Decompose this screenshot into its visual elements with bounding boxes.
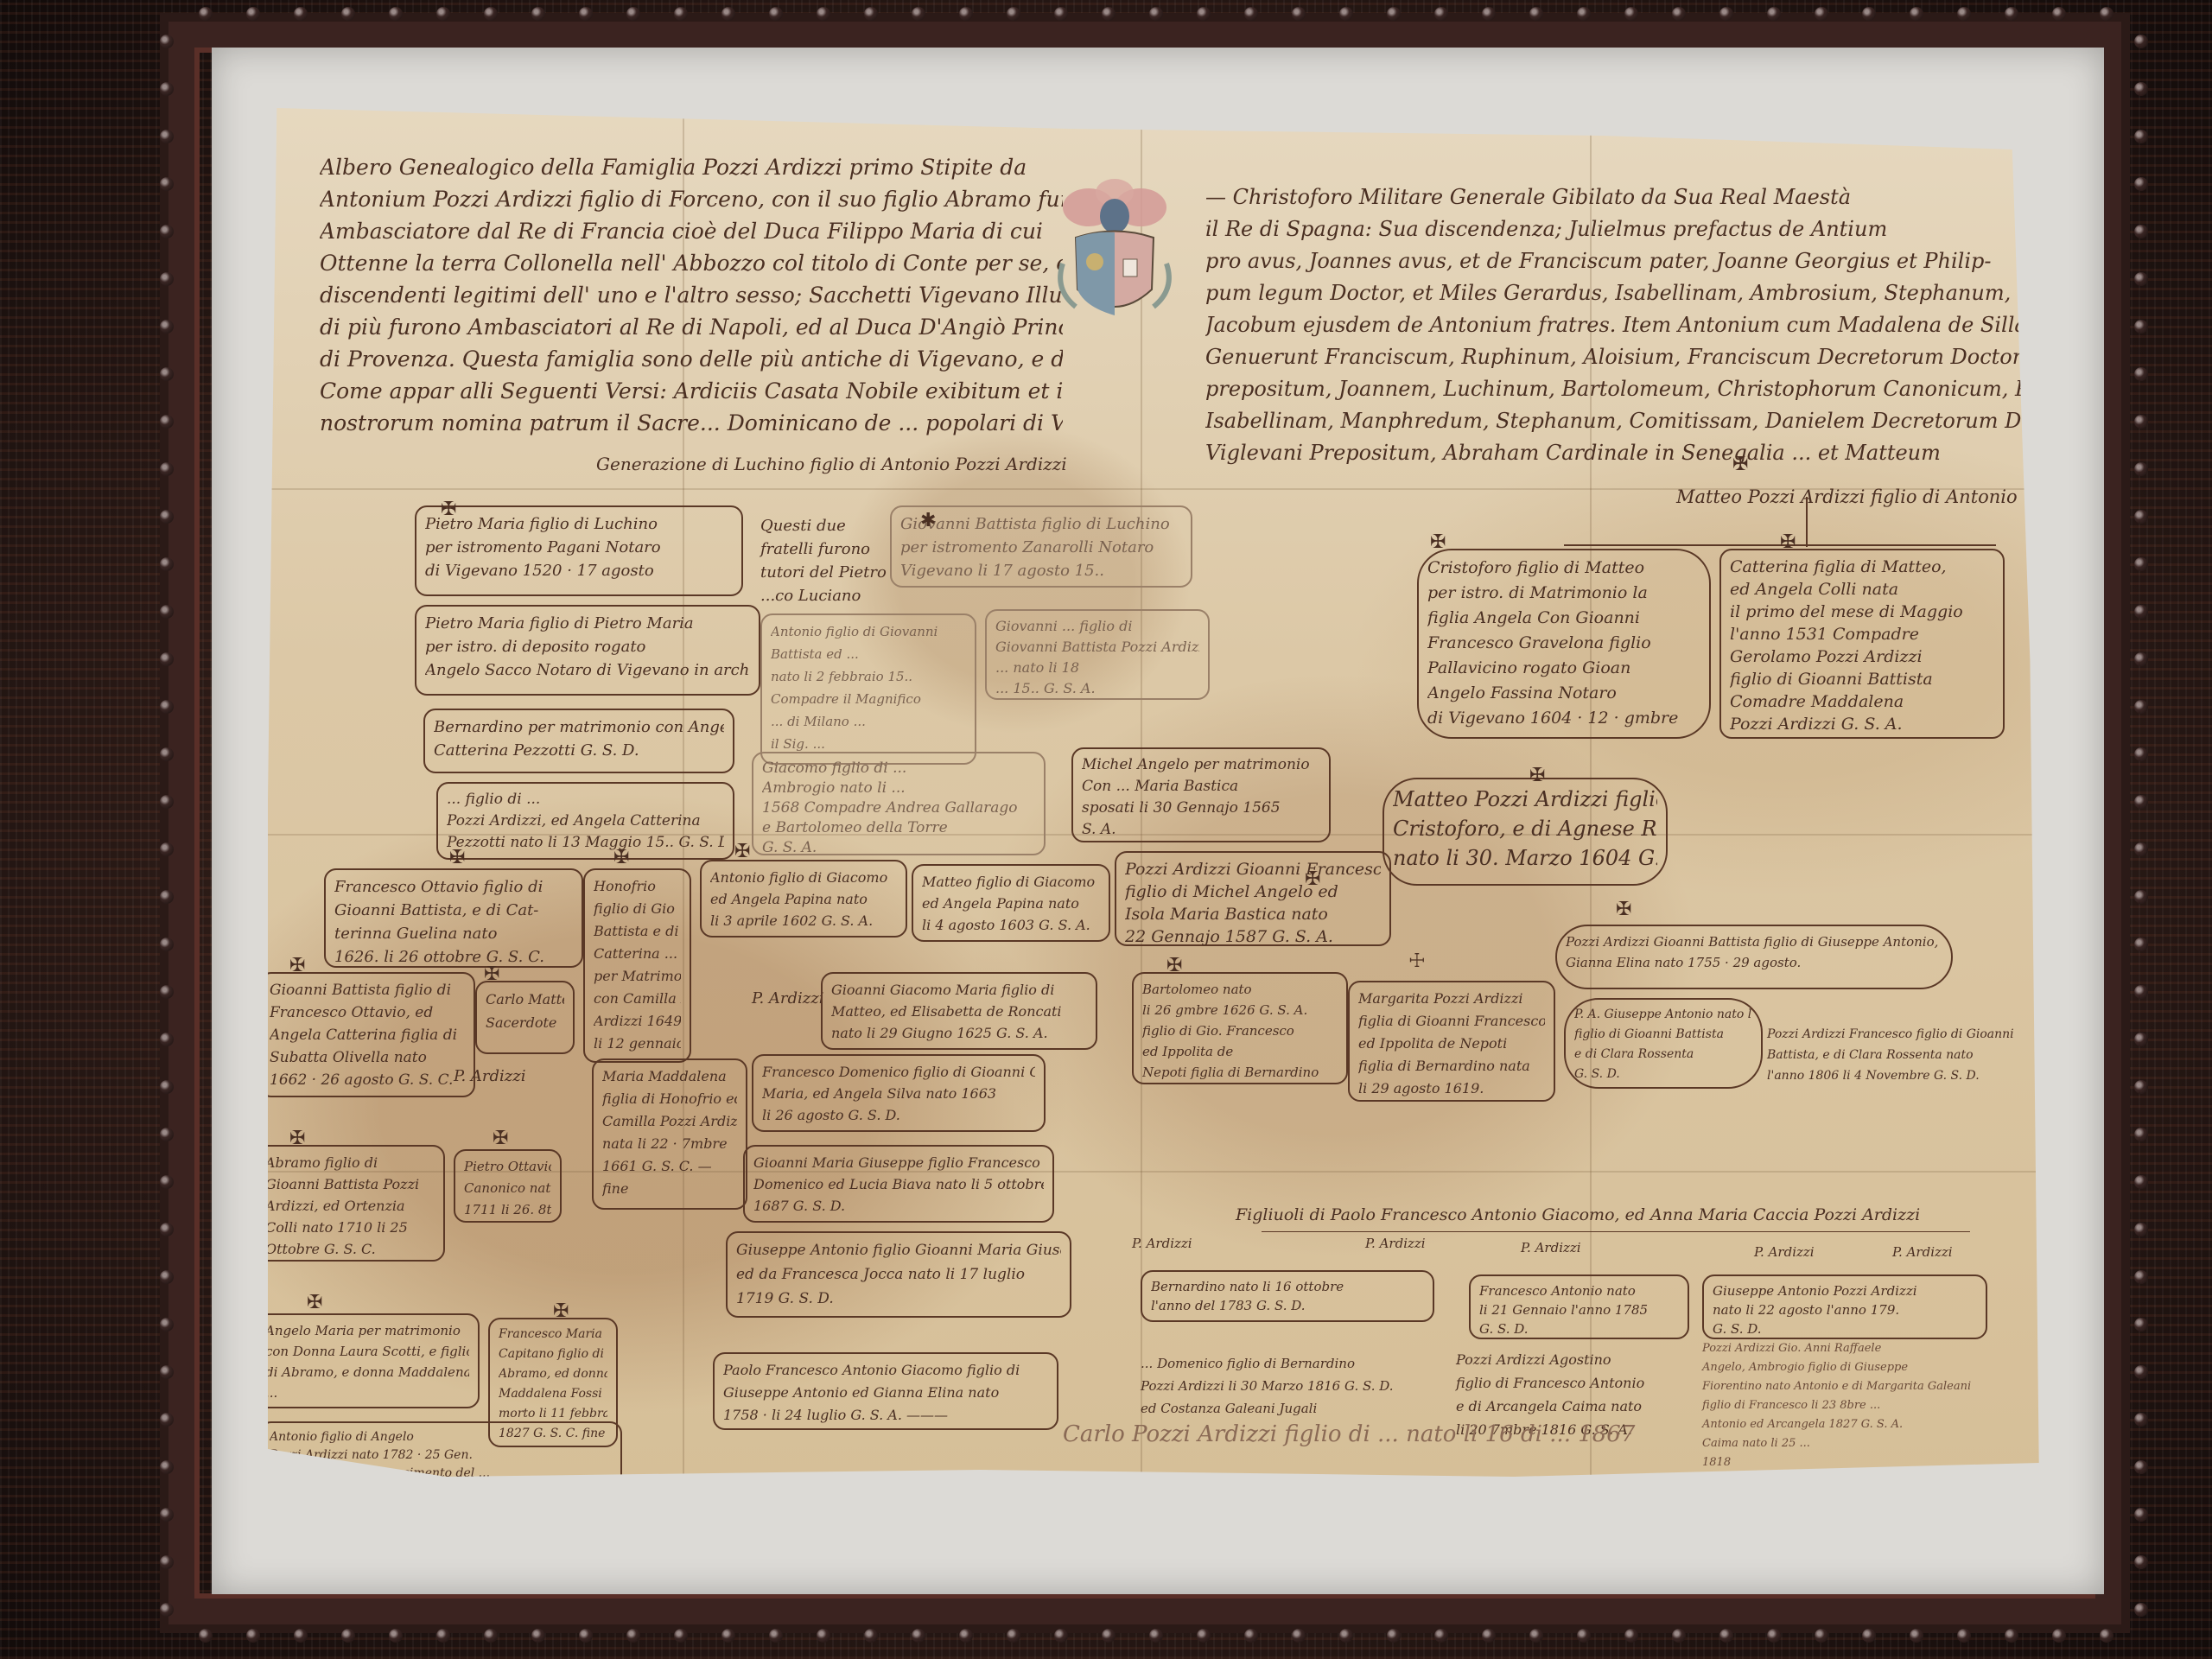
bead-ornament [1054, 1629, 1068, 1643]
bead-ornament [160, 985, 174, 999]
bead-ornament [246, 1629, 260, 1643]
cross-icon: ✠ [493, 1128, 508, 1149]
bead-ornament [389, 1629, 403, 1643]
p-ardizzi-label: P. Ardizzi [1132, 1236, 1192, 1251]
bead-ornament [1482, 7, 1496, 21]
bead-ornament [1910, 7, 1923, 21]
bead-ornament [817, 1629, 830, 1643]
header-line: Viglevani Prepositum, Abraham Cardinale … [1205, 437, 2035, 469]
bead-ornament [1482, 1629, 1496, 1643]
bead-ornament [531, 7, 545, 21]
bead-ornament [2134, 1318, 2148, 1332]
bead-ornament [674, 7, 688, 21]
bead-ornament [1767, 7, 1781, 21]
bead-ornament [160, 890, 174, 904]
tree-node-bernardino: Bernardino per matrimonio con AngelaCatt… [423, 709, 734, 773]
bead-ornament [1434, 1629, 1448, 1643]
bead-ornament [2134, 652, 2148, 666]
bead-ornament [1529, 7, 1543, 21]
bead-ornament [1719, 1629, 1733, 1643]
bead-ornament [2005, 1629, 2018, 1643]
tree-connector [1262, 1231, 1970, 1232]
tree-node-cristoforo: Cristoforo figlio di Matteoper istro. di… [1417, 549, 1711, 739]
cross-icon: ✠ [441, 499, 456, 520]
coat-of-arms-icon [1050, 177, 1179, 324]
bead-ornament [160, 82, 174, 96]
p-ardizzi-label: P. Ardizzi [1892, 1244, 1953, 1260]
bead-ornament [959, 7, 973, 21]
tree-node-antonio-1602: Antonio figlio di Giacomoed Angela Papin… [700, 860, 907, 938]
bead-ornament [2134, 272, 2148, 286]
bead-ornament [1292, 1629, 1306, 1643]
cross-icon: ✠ [289, 955, 305, 976]
bead-ornament [1434, 7, 1448, 21]
header-line: — Christoforo Militare Generale Gibilato… [1205, 181, 2035, 213]
bead-ornament [160, 367, 174, 381]
bead-ornament [160, 177, 174, 191]
bead-ornament [160, 225, 174, 238]
tree-node-carlo-matteo: Carlo MatteoSacerdote [475, 981, 575, 1054]
bead-ornament [160, 1318, 174, 1332]
bead-ornament [1149, 1629, 1163, 1643]
bead-ornament [2134, 1460, 2148, 1474]
header-line: pro avus, Joannes avus, et de Franciscum… [1205, 245, 2035, 277]
bead-ornament [160, 605, 174, 619]
bead-ornament [160, 1080, 174, 1094]
bead-ornament [160, 1555, 174, 1569]
cross-icon: ✠ [1305, 868, 1320, 890]
tree-node-paolo-francesco: Paolo Francesco Antonio Giacomo figlio d… [713, 1352, 1058, 1430]
header-line: Come appar alli Seguenti Versi: Ardiciis… [320, 375, 1063, 407]
header-line: Jacobum ejusdem de Antonium fratres. Ite… [1205, 309, 2035, 341]
cross-icon: ✠ [1780, 531, 1796, 553]
bead-ornament [160, 1413, 174, 1427]
bead-ornament [959, 1629, 973, 1643]
tree-connector [1806, 497, 1808, 547]
p-ardizzi-label: P. Ardizzi [1754, 1244, 1815, 1260]
header-line: di più furono Ambasciatori al Re di Napo… [320, 311, 1063, 343]
bead-ornament [2134, 320, 2148, 334]
bead-ornament [199, 7, 213, 21]
tree-node-giuseppe-antonio-1719: Giuseppe Antonio figlio Gioanni Maria Gi… [726, 1231, 1071, 1318]
bead-ornament [1767, 1629, 1781, 1643]
bead-ornament [2134, 700, 2148, 714]
bead-ornament [160, 462, 174, 476]
bead-ornament [1387, 7, 1401, 21]
header-line: Antonium Pozzi Ardizzi figlio di Forceno… [320, 183, 1063, 215]
bead-ornament [579, 7, 593, 21]
bead-ornament [2134, 1413, 2148, 1427]
tree-note-questi-due: Questi duefratelli furonotutori del Piet… [760, 514, 887, 607]
bead-ornament [2100, 1629, 2113, 1643]
bead-ornament [160, 510, 174, 524]
bead-ornament [2134, 1555, 2148, 1569]
bead-ornament [160, 652, 174, 666]
bead-ornament [484, 1629, 498, 1643]
bead-ornament [1292, 7, 1306, 21]
bead-ornament [160, 35, 174, 48]
tree-node-domenico: ... Domenico figlio di BernardinoPozzi A… [1141, 1352, 1394, 1420]
generation-heading: Generazione di Luchino figlio di Antonio… [596, 454, 1067, 474]
bead-ornament [160, 1460, 174, 1474]
bead-ornament [160, 1223, 174, 1236]
bead-ornament [2100, 7, 2113, 21]
tree-node-bartolomeo: Bartolomeo natoli 26 gmbre 1626 G. S. A.… [1132, 972, 1348, 1084]
header-line: pum legum Doctor, et Miles Gerardus, Isa… [1205, 277, 2035, 309]
bead-ornament [2134, 795, 2148, 809]
tree-node-onofrio: Honofriofiglio di GioBattista e diCatter… [583, 868, 691, 1063]
bead-ornament [160, 1270, 174, 1284]
tree-node-pietro-maria-1: Pietro Maria figlio di Luchinoper istrom… [415, 505, 743, 596]
bead-ornament [199, 1629, 213, 1643]
bead-ornament [160, 1603, 174, 1617]
bead-ornament [2134, 557, 2148, 571]
bead-ornament [2134, 1033, 2148, 1046]
tree-node-matteo-1604: Matteo Pozzi Ardizzi figlio diCristoforo… [1382, 778, 1668, 886]
cross-icon: ✠ [553, 1300, 569, 1322]
header-left-text: Albero Genealogico della Famiglia Pozzi … [320, 151, 1063, 439]
bead-ornament [1624, 7, 1638, 21]
bead-ornament [817, 7, 830, 21]
bead-ornament [579, 1629, 593, 1643]
cross-icon: ✠ [1529, 765, 1545, 786]
bead-ornament [2134, 1223, 2148, 1236]
cross-icon: ✠ [289, 1128, 305, 1149]
tree-node-gioanni-francesco: Pozzi Ardizzi Gioanni Francescofiglio di… [1115, 851, 1391, 946]
cross-icon: ✠ [734, 841, 750, 862]
bead-ornament [626, 1629, 640, 1643]
tree-node-maria-maddalena: Maria Maddalenafiglia di Honofrio edCami… [592, 1058, 747, 1210]
bead-ornament [2134, 510, 2148, 524]
bead-ornament [2134, 938, 2148, 951]
bead-ornament [721, 7, 735, 21]
bead-ornament [2134, 890, 2148, 904]
bead-ornament [160, 557, 174, 571]
bead-ornament [1672, 7, 1686, 21]
tree-node-pozzi-ardizzi-pezzotti: ... figlio di ...Pozzi Ardizzi, ed Angel… [436, 782, 734, 860]
tree-node-giuseppe-giovanni-battista: Pozzi Ardizzi Gioanni Battista figlio di… [1555, 925, 1953, 989]
header-right-text: — Christoforo Militare Generale Gibilato… [1205, 181, 2035, 469]
p-ardizzi-label: P. Ardizzi [454, 1067, 526, 1085]
signature: Carlo Pozzi Ardizzi figlio di ... nato l… [1063, 1421, 1635, 1447]
bead-ornament [2052, 7, 2066, 21]
bead-ornament [160, 700, 174, 714]
bead-ornament [2134, 35, 2148, 48]
bead-ornament [1624, 1629, 1638, 1643]
bead-ornament [1197, 1629, 1211, 1643]
bead-ornament [2134, 367, 2148, 381]
bead-ornament [1244, 1629, 1258, 1643]
bead-ornament [2134, 1508, 2148, 1522]
header-line: Genuerunt Franciscum, Ruphinum, Aloisium… [1205, 341, 2035, 373]
bead-ornament [160, 842, 174, 856]
bead-ornament [1672, 1629, 1686, 1643]
tree-node-antonio-faint: Antonio figlio di GiovanniBattista ed ..… [760, 613, 976, 765]
bead-ornament [1149, 7, 1163, 21]
bead-ornament [2134, 130, 2148, 143]
bead-ornament [1815, 1629, 1828, 1643]
bead-ornament [341, 7, 355, 21]
tree-node-gioanni-maria-giuseppe: Gioanni Maria Giuseppe figlio FrancescoD… [743, 1145, 1054, 1223]
header-line: discendenti legitimi dell' uno e l'altro… [320, 279, 1063, 311]
header-line: prepositum, Joannem, Luchinum, Bartolome… [1205, 373, 2035, 405]
manuscript-paper: Albero Genealogico della Famiglia Pozzi … [268, 108, 2048, 1491]
bead-ornament [1244, 7, 1258, 21]
cross-icon: ✠ [613, 847, 629, 868]
tree-node-gioanni-giacomo-maria: Gioanni Giacomo Maria figlio diMatteo, e… [821, 972, 1097, 1050]
tree-node-matteo-1603: Matteo figlio di Giacomoed Angela Papina… [912, 864, 1110, 942]
cross-icon: ✠ [449, 847, 465, 868]
bead-ornament [2134, 605, 2148, 619]
bead-ornament [1007, 1629, 1020, 1643]
bead-ornament [912, 1629, 925, 1643]
bead-ornament [160, 1175, 174, 1189]
p-ardizzi-label: P. Ardizzi [1365, 1236, 1426, 1251]
bead-ornament [1054, 7, 1068, 21]
cross-icon: ✱ [920, 510, 936, 531]
bead-ornament [1815, 7, 1828, 21]
bead-ornament [160, 1033, 174, 1046]
header-line: Ambasciatore dal Re di Francia cioè del … [320, 215, 1063, 247]
matteo-heading: Matteo Pozzi Ardizzi figlio di Antonio [1676, 486, 2018, 507]
bead-ornament [1957, 1629, 1971, 1643]
tree-node-michelangelo: Michel Angelo per matrimonioCon ... Mari… [1071, 747, 1331, 842]
cross-icon: ✠ [1430, 531, 1446, 553]
bead-ornament [2134, 1128, 2148, 1141]
bead-ornament [160, 938, 174, 951]
tree-node-margarita: Margarita Pozzi Ardizzifiglia di Gioanni… [1348, 981, 1555, 1102]
bead-ornament [2134, 1270, 2148, 1284]
tree-node-giovanni-raffaele: Pozzi Ardizzi Gio. Anni RaffaeleAngelo, … [1702, 1339, 1971, 1472]
cross-icon: ✠ [307, 1292, 322, 1313]
bead-ornament [294, 1629, 308, 1643]
figliuoli-heading: Figliuoli di Paolo Francesco Antonio Gia… [1236, 1205, 1920, 1224]
bead-ornament [912, 7, 925, 21]
bead-ornament [1387, 1629, 1401, 1643]
bead-ornament [2134, 1080, 2148, 1094]
bead-ornament [531, 1629, 545, 1643]
bead-ornament [2134, 1365, 2148, 1379]
bead-ornament [1197, 7, 1211, 21]
bead-ornament [1910, 1629, 1923, 1643]
header-line: nostrorum nomina patrum il Sacre... Domi… [320, 407, 1063, 439]
bead-ornament [436, 7, 450, 21]
bead-ornament [160, 320, 174, 334]
header-line: Isabellinam, Manphredum, Stephanum, Comi… [1205, 405, 2035, 437]
bead-ornament [2052, 1629, 2066, 1643]
bead-ornament [160, 415, 174, 429]
bead-ornament [674, 1629, 688, 1643]
bead-ornament [160, 1365, 174, 1379]
bead-ornament [389, 7, 403, 21]
bead-ornament [2134, 177, 2148, 191]
bead-ornament [2134, 415, 2148, 429]
bead-ornament [436, 1629, 450, 1643]
tree-node-abramo: Abramo figlio diGioanni Battista PozziAr… [255, 1145, 445, 1262]
header-line: Ottenne la terra Collonella nell' Abbozz… [320, 247, 1063, 279]
cross-icon: ✠ [1732, 454, 1748, 475]
bead-ornament [1862, 1629, 1876, 1643]
bead-ornament [626, 7, 640, 21]
bead-ornament [864, 1629, 878, 1643]
cross-icon: ☩ [1408, 950, 1426, 972]
tree-node-francesco-antonio-1785: Francesco Antonio natoli 21 Gennaio l'an… [1469, 1274, 1689, 1339]
bead-ornament [769, 7, 783, 21]
header-line: il Re di Spagna: Sua discendenza; Juliel… [1205, 213, 2035, 245]
tree-node-giuseppe-antonio-1804: P. A. Giuseppe Antonio nato li 30 marzo … [1564, 998, 1763, 1089]
bead-ornament [160, 130, 174, 143]
bead-ornament [160, 1128, 174, 1141]
tree-node-pozzi-francesco: Pozzi Ardizzi Francesco figlio di Gioann… [1767, 1024, 2014, 1086]
bead-ornament [160, 795, 174, 809]
bead-ornament [1007, 7, 1020, 21]
tree-node-francesco-domenico: Francesco Domenico figlio di Gioanni Gia… [752, 1054, 1046, 1132]
cross-icon: ✠ [484, 963, 499, 985]
header-line: Albero Genealogico della Famiglia Pozzi … [320, 151, 1063, 183]
tree-node-giovanni-battista-1662: Gioanni Battista figlio diFrancesco Otta… [259, 972, 475, 1097]
bead-ornament [1577, 7, 1591, 21]
bead-ornament [1529, 1629, 1543, 1643]
bead-ornament [1577, 1629, 1591, 1643]
bead-ornament [1102, 7, 1116, 21]
bead-ornament [1102, 1629, 1116, 1643]
bead-ornament [1719, 7, 1733, 21]
cross-icon: ✠ [1166, 955, 1182, 976]
bead-ornament [1339, 7, 1353, 21]
bead-ornament [160, 1508, 174, 1522]
cross-icon: ✠ [1616, 899, 1631, 920]
tree-node-giacomo: Giacomo figlio di ...Ambrogio nato li ..… [752, 752, 1046, 855]
bead-ornament [2134, 747, 2148, 761]
bead-ornament [2134, 225, 2148, 238]
tree-node-pietro-ottavio: Pietro OttavioCanonico nato1711 li 26. 8… [454, 1149, 562, 1223]
bead-ornament [294, 7, 308, 21]
bead-ornament [721, 1629, 735, 1643]
bead-ornament [769, 1629, 783, 1643]
tree-node-giovanni-faint: Giovanni ... figlio diGiovanni Battista … [985, 609, 1210, 700]
tree-node-catterina: Catterina figlia di Matteo,ed Angela Col… [1719, 549, 2005, 739]
bead-ornament [2134, 1603, 2148, 1617]
bead-ornament [2134, 82, 2148, 96]
bead-ornament [2134, 985, 2148, 999]
tree-node-giuseppe-antonio-1790: Giuseppe Antonio Pozzi Ardizzinato li 22… [1702, 1274, 1987, 1339]
bead-ornament [246, 7, 260, 21]
bead-ornament [1957, 7, 1971, 21]
bead-ornament [2134, 842, 2148, 856]
p-ardizzi-label: P. Ardizzi [752, 989, 824, 1007]
bead-ornament [484, 7, 498, 21]
tree-node-bernardino-1783: Bernardino nato li 16 ottobrel'anno del … [1141, 1270, 1434, 1322]
tree-node-francesco-ottavio: Francesco Ottavio figlio diGioanni Batti… [324, 868, 583, 968]
tree-node-pietro-maria-2: Pietro Maria figlio di Pietro Mariaper i… [415, 605, 760, 696]
bead-ornament [2134, 462, 2148, 476]
bead-ornament [1339, 1629, 1353, 1643]
bead-ornament [2005, 7, 2018, 21]
header-line: di Provenza. Questa famiglia sono delle … [320, 343, 1063, 375]
bead-ornament [160, 747, 174, 761]
bead-ornament [864, 7, 878, 21]
bead-ornament [341, 1629, 355, 1643]
tree-node-angelo-maria: Angelo Maria per matrimoniocon Donna Lau… [255, 1313, 480, 1408]
bead-ornament [2134, 1175, 2148, 1189]
p-ardizzi-label: P. Ardizzi [1521, 1240, 1581, 1255]
bead-ornament [160, 272, 174, 286]
bead-ornament [1862, 7, 1876, 21]
